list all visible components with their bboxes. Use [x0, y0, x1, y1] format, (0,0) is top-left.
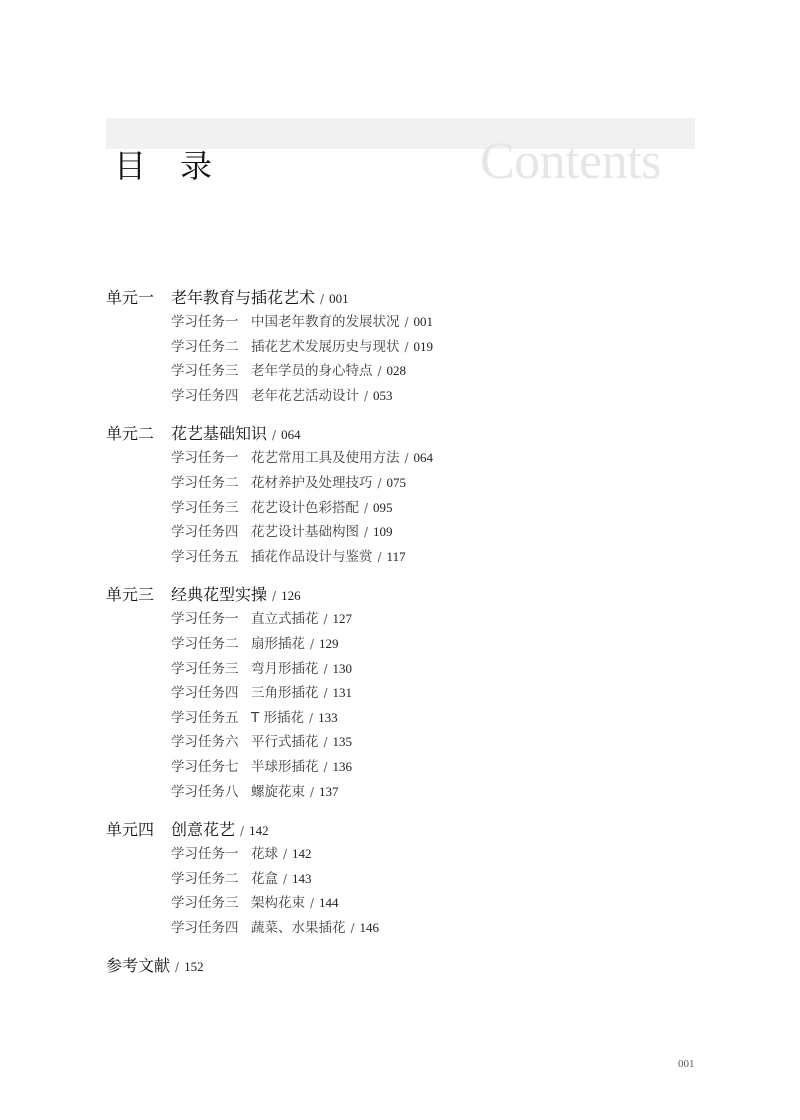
task-label: 学习任务二	[171, 632, 239, 657]
task-title: 插花艺术发展历史与现状	[251, 339, 400, 355]
toc-entry[interactable]: 学习任务一中国老年教育的发展状况/001	[106, 310, 706, 335]
page-number: 001	[414, 314, 434, 329]
toc-entry[interactable]: 学习任务一直立式插花/127	[106, 607, 706, 632]
separator: /	[364, 389, 368, 403]
unit-heading[interactable]: 单元三 经典花型实操/126	[106, 583, 706, 607]
task-label: 学习任务五	[171, 545, 239, 570]
separator: /	[310, 785, 314, 799]
toc-entry[interactable]: 学习任务四老年花艺活动设计/053	[106, 384, 706, 409]
page-number: 129	[319, 636, 339, 651]
task-label: 学习任务三	[171, 359, 239, 384]
toc-entry[interactable]: 学习任务二插花艺术发展历史与现状/019	[106, 335, 706, 360]
task-label: 学习任务七	[171, 755, 239, 780]
page-number: 152	[184, 959, 204, 974]
page-number: 064	[414, 450, 434, 465]
unit-1: 单元一 老年教育与插花艺术/001 学习任务一中国老年教育的发展状况/001 学…	[106, 286, 706, 408]
separator: /	[283, 847, 287, 861]
page-number: 131	[333, 685, 353, 700]
task-label: 学习任务三	[171, 891, 239, 916]
toc-entry[interactable]: 学习任务五T 形插花/133	[106, 706, 706, 731]
task-label: 学习任务四	[171, 520, 239, 545]
toc-entry[interactable]: 学习任务五插花作品设计与鉴赏/117	[106, 545, 706, 570]
page-number: 064	[281, 427, 301, 442]
unit-heading[interactable]: 单元一 老年教育与插花艺术/001	[106, 286, 706, 310]
unit-label: 单元四	[106, 818, 154, 842]
task-label: 学习任务五	[171, 706, 239, 731]
footer-page-number: 001	[678, 1058, 695, 1070]
unit-2: 单元二 花艺基础知识/064 学习任务一花艺常用工具及使用方法/064 学习任务…	[106, 422, 706, 569]
separator: /	[320, 292, 324, 306]
toc-entry[interactable]: 学习任务四三角形插花/131	[106, 681, 706, 706]
task-label: 学习任务一	[171, 607, 239, 632]
task-label: 学习任务一	[171, 842, 239, 867]
separator: /	[324, 735, 328, 749]
unit-4: 单元四 创意花艺/142 学习任务一花球/142 学习任务二花盒/143 学习任…	[106, 818, 706, 940]
unit-title: 创意花艺	[171, 820, 235, 839]
task-label: 学习任务二	[171, 335, 239, 360]
page-number: 136	[333, 759, 353, 774]
unit-title: 老年教育与插花艺术	[171, 288, 315, 307]
toc-entry[interactable]: 学习任务一花球/142	[106, 842, 706, 867]
task-title: 直立式插花	[251, 611, 319, 627]
table-of-contents: 单元一 老年教育与插花艺术/001 学习任务一中国老年教育的发展状况/001 学…	[106, 286, 706, 978]
toc-entry[interactable]: 学习任务二花材养护及处理技巧/075	[106, 471, 706, 496]
separator: /	[240, 824, 244, 838]
task-label: 学习任务四	[171, 384, 239, 409]
separator: /	[351, 921, 355, 935]
toc-entry[interactable]: 学习任务三弯月形插花/130	[106, 657, 706, 682]
page-number: 126	[281, 588, 301, 603]
title-char-2: 录	[180, 146, 212, 186]
task-title: 平行式插花	[251, 734, 319, 750]
separator: /	[272, 428, 276, 442]
page-number: 001	[329, 291, 349, 306]
task-label: 学习任务二	[171, 867, 239, 892]
toc-entry[interactable]: 学习任务三花艺设计色彩搭配/095	[106, 496, 706, 521]
separator: /	[310, 896, 314, 910]
task-title: 花艺设计基础构图	[251, 524, 359, 540]
page-number: 133	[318, 710, 338, 725]
references-entry[interactable]: 参考文献/152	[106, 954, 706, 978]
separator: /	[405, 315, 409, 329]
toc-entry[interactable]: 学习任务二花盒/143	[106, 867, 706, 892]
page-number: 146	[360, 920, 380, 935]
task-title: 蔬菜、水果插花	[251, 920, 346, 936]
task-label: 学习任务六	[171, 730, 239, 755]
unit-title: 经典花型实操	[171, 585, 267, 604]
unit-label: 单元一	[106, 286, 154, 310]
task-label: 学习任务一	[171, 310, 239, 335]
separator: /	[405, 340, 409, 354]
page-number: 144	[319, 895, 339, 910]
task-title: 螺旋花束	[251, 784, 305, 800]
contents-watermark: Contents	[480, 134, 661, 190]
page-number: 130	[333, 661, 353, 676]
toc-entry[interactable]: 学习任务三架构花束/144	[106, 891, 706, 916]
page-title: 目录	[114, 146, 212, 186]
page-number: 028	[387, 363, 407, 378]
task-label: 学习任务四	[171, 916, 239, 941]
separator: /	[309, 711, 313, 725]
toc-entry[interactable]: 学习任务七半球形插花/136	[106, 755, 706, 780]
unit-heading[interactable]: 单元二 花艺基础知识/064	[106, 422, 706, 446]
task-label: 学习任务三	[171, 496, 239, 521]
toc-entry[interactable]: 学习任务四花艺设计基础构图/109	[106, 520, 706, 545]
separator: /	[378, 364, 382, 378]
separator: /	[272, 589, 276, 603]
task-title: 扇形插花	[251, 636, 305, 652]
task-label: 学习任务四	[171, 681, 239, 706]
page-number: 135	[333, 734, 353, 749]
page-number: 053	[373, 388, 393, 403]
task-title: 花盒	[251, 871, 278, 887]
separator: /	[364, 501, 368, 515]
task-title: 老年学员的身心特点	[251, 363, 373, 379]
task-title: 花艺设计色彩搭配	[251, 500, 359, 516]
separator: /	[310, 637, 314, 651]
page-number: 142	[249, 823, 269, 838]
separator: /	[324, 612, 328, 626]
page-number: 143	[292, 871, 312, 886]
toc-entry[interactable]: 学习任务二扇形插花/129	[106, 632, 706, 657]
unit-label: 单元三	[106, 583, 154, 607]
toc-entry[interactable]: 学习任务四蔬菜、水果插花/146	[106, 916, 706, 941]
task-title: 花球	[251, 846, 278, 862]
page-number: 117	[387, 549, 406, 564]
task-title: 插花作品设计与鉴赏	[251, 549, 373, 565]
separator: /	[324, 662, 328, 676]
task-label: 学习任务二	[171, 471, 239, 496]
page-number: 127	[333, 611, 353, 626]
task-title: 三角形插花	[251, 685, 319, 701]
task-title: 架构花束	[251, 895, 305, 911]
separator: /	[324, 686, 328, 700]
toc-entry[interactable]: 学习任务三老年学员的身心特点/028	[106, 359, 706, 384]
task-label: 学习任务八	[171, 780, 239, 805]
page-number: 137	[319, 784, 339, 799]
references-title: 参考文献	[106, 956, 170, 975]
separator: /	[283, 872, 287, 886]
task-label: 学习任务三	[171, 657, 239, 682]
separator: /	[405, 451, 409, 465]
unit-label: 单元二	[106, 422, 154, 446]
title-char-1: 目	[114, 146, 146, 186]
page-number: 095	[373, 500, 393, 515]
unit-title: 花艺基础知识	[171, 424, 267, 443]
task-title: 老年花艺活动设计	[251, 388, 359, 404]
separator: /	[378, 550, 382, 564]
task-title: 弯月形插花	[251, 661, 319, 677]
separator: /	[175, 960, 179, 974]
page-number: 109	[373, 524, 393, 539]
toc-entry[interactable]: 学习任务六平行式插花/135	[106, 730, 706, 755]
separator: /	[324, 760, 328, 774]
task-title: 中国老年教育的发展状况	[251, 314, 400, 330]
separator: /	[378, 476, 382, 490]
task-label: 学习任务一	[171, 446, 239, 471]
task-title: 花材养护及处理技巧	[251, 475, 373, 491]
task-title: 花艺常用工具及使用方法	[251, 450, 400, 466]
toc-entry[interactable]: 学习任务一花艺常用工具及使用方法/064	[106, 446, 706, 471]
page-number: 019	[414, 339, 434, 354]
unit-3: 单元三 经典花型实操/126 学习任务一直立式插花/127 学习任务二扇形插花/…	[106, 583, 706, 804]
toc-entry[interactable]: 学习任务八螺旋花束/137	[106, 780, 706, 805]
task-title: 半球形插花	[251, 759, 319, 775]
task-title: T 形插花	[251, 710, 304, 726]
separator: /	[364, 525, 368, 539]
page-number: 075	[387, 475, 407, 490]
page-number: 142	[292, 846, 312, 861]
unit-heading[interactable]: 单元四 创意花艺/142	[106, 818, 706, 842]
